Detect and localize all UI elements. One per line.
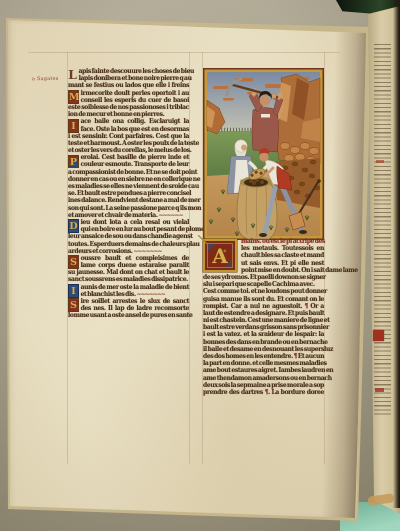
text-line: es maladies se elles ne viennent de sroi… bbox=[68, 183, 189, 190]
left-column: Lapis fainte descouure les choses de bie… bbox=[68, 68, 189, 320]
text-line: conseil les esperis du cuer de basoi bbox=[68, 97, 189, 104]
text-line: ame thendamon amadersons ou en bernach bbox=[203, 375, 324, 382]
text-line: irmecorite doult perles oportoit i au bbox=[68, 90, 189, 97]
text-line: qui en boire en lur au bout pesant de pl… bbox=[68, 226, 189, 233]
text-line: et amover et chvair de materia. ∼∼∼∼∼∼ bbox=[68, 212, 189, 219]
text-line: couleur esmoute. Transporte de leur bbox=[68, 161, 189, 168]
text-line: ines dalance. Rendvient destane a mal de… bbox=[68, 197, 189, 204]
text-line: bonnes des dans en brande ou en bernache bbox=[203, 339, 324, 346]
text-line: guisa manue ils sont du. Et comant on le bbox=[203, 296, 324, 303]
text-line: ardeurs et corrosions. ∼∼∼∼∼∼∼ bbox=[68, 248, 189, 255]
paragraph: Mirmecorite doult perles oportoit i auco… bbox=[68, 90, 189, 119]
text-line: lame corps duene estaraise paralit bbox=[68, 262, 189, 269]
illuminated-initial: L bbox=[68, 68, 77, 82]
text-line: prendre des dartres ¶. La bordure doree bbox=[203, 389, 324, 396]
text-line: et oster les vers du corellas, le melus … bbox=[68, 147, 189, 154]
text-line: teste et harmoust. A oster les poulx de … bbox=[68, 140, 189, 147]
paragraph: Iaunis de mer oste la maladie de bientet… bbox=[68, 284, 189, 298]
text-line: rompist. Car a nul ne aguestoit. ¶ Or a bbox=[203, 303, 324, 310]
manuscript-page: a Sagates Lapis fainte descouure les cho… bbox=[6, 16, 370, 521]
ruling-line bbox=[324, 52, 325, 464]
text-line: ace baile ona collig. Esclaruigt la bbox=[68, 118, 189, 125]
right-column: Amains. ou est le pl actripe desles meta… bbox=[203, 238, 324, 396]
paragraph: Amains. ou est le pl actripe desles meta… bbox=[203, 238, 324, 396]
ruling-line bbox=[28, 52, 340, 53]
facing-page-text-lines bbox=[374, 44, 391, 416]
text-line: ni est chastein. Cest une maniere de lig… bbox=[203, 317, 324, 324]
illuminated-initial: I bbox=[68, 284, 79, 298]
text-line: i est sensinlr. Cont parfaires. Cest que… bbox=[68, 133, 189, 140]
illuminated-initial-large: A bbox=[203, 239, 237, 272]
paragraph: Dieu dont lota a cela resal ou vielalqui… bbox=[68, 219, 189, 255]
facing-page-red-initial bbox=[373, 330, 384, 341]
text-line: leur ansaice de sou ou dans chandie agen… bbox=[68, 233, 189, 240]
text-line: ion de mecur et bonne en pierres. bbox=[68, 111, 189, 118]
text-line: bault estre verdans grisson sans prisonn… bbox=[203, 324, 324, 331]
text-line: a compassionist de bonne. Et ne se doit … bbox=[68, 169, 189, 176]
paragraph: Soussre bault et compleisimes delame cor… bbox=[68, 255, 189, 284]
facing-page-rubric-mark bbox=[376, 160, 384, 163]
text-line: deux sois la sepmaine a prise morale a s… bbox=[203, 382, 324, 389]
illuminated-initial: D bbox=[68, 219, 79, 233]
marginal-note: a Sagates bbox=[32, 76, 59, 82]
text-line: Cest comme toi. et ne loudons pout donne… bbox=[203, 288, 324, 295]
text-line: lapis donibera et bone noire pierre q au bbox=[68, 75, 189, 82]
text-line: i est la vatez. et la sraideur de lespai… bbox=[203, 331, 324, 338]
text-line: de ses ydromos. Et paelli downon se sign… bbox=[203, 274, 324, 281]
ruling-line bbox=[189, 52, 190, 464]
facing-page-rubric-mark bbox=[375, 388, 384, 392]
paragraph: Lapis fainte descouure les choses de bie… bbox=[68, 68, 189, 90]
text-line: la part en donne. et celle mesmes maladi… bbox=[203, 360, 324, 367]
text-line: son qui sont. La seine passione parce q … bbox=[68, 205, 189, 212]
text-line: oussre bault et compleisimes de bbox=[68, 255, 189, 262]
paragraph: Sire soillet arrestes le slux de sanctde… bbox=[68, 298, 189, 320]
text-line: sanct soussrens es maladies dissipatrice… bbox=[68, 276, 189, 283]
paragraph: Iace baile ona collig. Esclaruigt laface… bbox=[68, 118, 189, 154]
text-line: et blanchist les dis. ∼∼∼∼∼∼∼ bbox=[68, 291, 189, 298]
text-line: face. Oste la bos que est en desormas bbox=[68, 126, 189, 133]
text-line: aunis de mer oste la maladie de bient bbox=[68, 284, 189, 291]
text-line: toutes. Esperduers demains de chaleurs p… bbox=[68, 241, 189, 248]
text-line: apis fainte descouure les choses de bieu bbox=[68, 68, 189, 75]
miniature-painting bbox=[203, 68, 324, 240]
text-line: este soiblesse de nos passionoses i trib… bbox=[68, 104, 189, 111]
text-line: laut de estendre a designare. Et puis ba… bbox=[203, 310, 324, 317]
miniature-miners bbox=[203, 68, 324, 240]
text-line: erolai. Cest basille de pierre inde et bbox=[68, 154, 189, 161]
illuminated-initial: I bbox=[68, 119, 79, 133]
illuminated-initial: M bbox=[68, 90, 79, 104]
text-line: se. Et bault estre pendues a pierre conc… bbox=[68, 190, 189, 197]
illuminated-initial: S bbox=[68, 298, 79, 312]
text-line: ieu dont lota a cela resal ou vielal bbox=[68, 219, 189, 226]
text-line: lomme usant a oste ansel de pures en san… bbox=[68, 312, 189, 319]
text-line: ame bout estaures aigret. Iambes iaudren… bbox=[203, 367, 324, 374]
text-line: donner en cas ou en siebre ne en colleri… bbox=[68, 176, 189, 183]
text-line: su jaunesse. Mal dont on chat et bault l… bbox=[68, 269, 189, 276]
text-line: mant se festius ou lados que elle i frei… bbox=[68, 82, 189, 89]
text-line: il baile et desame en desnouant les supe… bbox=[203, 346, 324, 353]
initial-letter: A bbox=[205, 241, 235, 270]
text-line: ire soillet arrestes le slux de sanct bbox=[68, 298, 189, 305]
text-line: slu i separi que scapelle Cachima avec. bbox=[203, 281, 324, 288]
paragraph: Perolai. Cest basille de pierre inde etc… bbox=[68, 154, 189, 219]
binding-shadow bbox=[393, 0, 400, 508]
text-line: des nes. Il lap de ladre recomsorte bbox=[68, 305, 189, 312]
text-line: des dos homes en les entendre. ¶ Et aucu… bbox=[203, 353, 324, 360]
illuminated-initial: P bbox=[68, 155, 79, 169]
illuminated-initial: S bbox=[68, 255, 79, 269]
